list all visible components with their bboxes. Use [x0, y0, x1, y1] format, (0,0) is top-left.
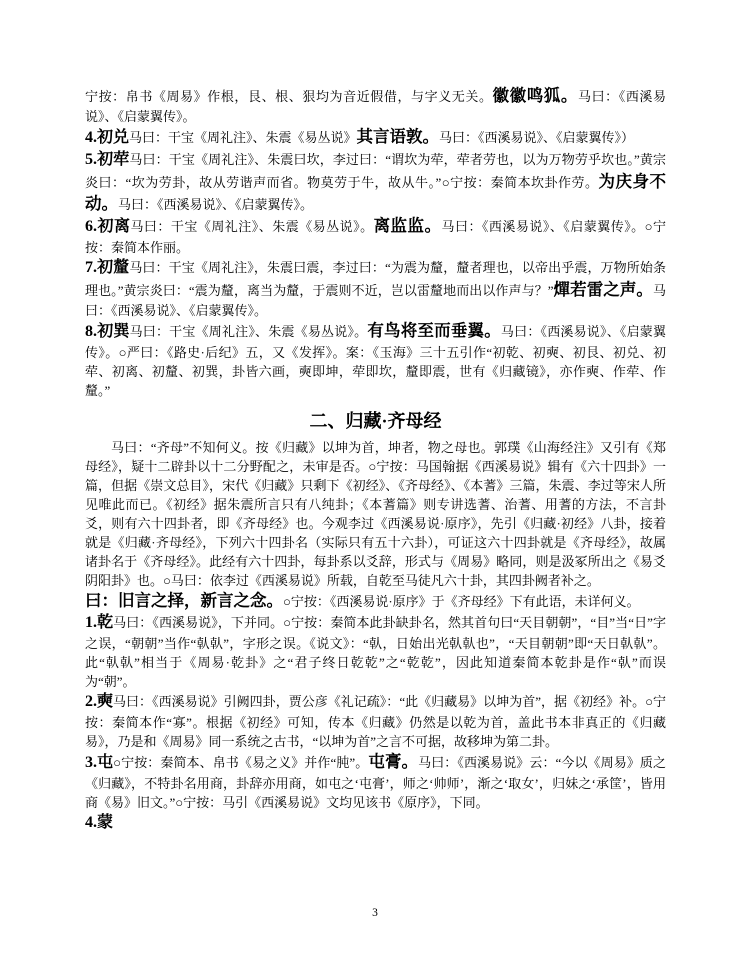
paragraph: 8.初巽马曰：干宝《周礼注》、朱震《易丛说》。有鸟将至而垂翼。马曰：《西溪易说》…: [85, 320, 666, 400]
paragraph: 曰：旧言之择，新言之念。○宁按：《西溪易说·原序》于《齐母经》下有此语，未详何义…: [85, 590, 666, 612]
paragraph: 4.初兑马曰：干宝《周礼注》、朱震《易丛说》其言语敦。马曰：《西溪易说》、《启蒙…: [85, 126, 666, 149]
paragraph: 宁按：帛书《周易》作根，艮、根、狠均为音近假借，与字义无关。徽徽鸣狐。马曰：《西…: [85, 85, 666, 126]
quoted-phrase-bold: 燀若雷之声。: [553, 280, 653, 299]
text-run: 马曰：“齐母”不知何义。按《归藏》以坤为首，坤者，物之母也。郭璞《山海经注》又引…: [85, 440, 666, 588]
paragraph: 3.屯○宁按：秦简本、帛书《易之义》并作“肫”。屯膏。马曰：《西溪易说》云：“今…: [85, 751, 666, 812]
quoted-phrase-bold: 徽徽鸣狐。: [493, 86, 578, 105]
paragraph: 1.乾马曰：《西溪易说》，下并同。○宁按：秦简本此卦缺卦名，然其首句曰“天目朝朝…: [85, 612, 666, 691]
document-page: 宁按：帛书《周易》作根，艮、根、狠均为音近假借，与字义无关。徽徽鸣狐。马曰：《西…: [0, 0, 750, 971]
text-run: 宁按：帛书《周易》作根，艮、根、狠均为音近假借，与字义无关。: [85, 89, 493, 104]
paragraph: 5.初荦马曰：干宝《周礼注》、朱震曰坎，李过曰：“谓坎为荦，荦者劳也，以为万物劳…: [85, 149, 666, 215]
entry-marker: 4.蒙: [85, 814, 113, 831]
entry-marker: 8.初巽: [85, 323, 130, 340]
text-run: ○宁按：秦简本、帛书《易之义》并作“肫”。: [113, 755, 368, 770]
paragraph: 4.蒙: [85, 812, 666, 834]
text-run: 马曰：《西溪易说》引阙四卦，贾公彦《礼记疏》：“此《归藏易》以坤为首”，据《初经…: [85, 694, 666, 749]
entry-marker: 5.初荦: [85, 151, 129, 168]
section-heading-text: 二、归藏·齐母经: [309, 411, 441, 431]
entry-marker: 3.屯: [85, 754, 113, 771]
text-run: 马曰：干宝《周礼注》、朱震《易丛说》。: [130, 219, 373, 234]
paragraph: 7.初釐马曰：干宝《周礼注》，朱震曰震，李过曰：“为震为釐，釐者理也，以帝出乎震…: [85, 257, 666, 320]
text-run: 马曰：干宝《周礼注》、朱震《易丛说》: [129, 130, 357, 145]
quoted-phrase-bold: 有鸟将至而垂翼。: [367, 321, 501, 340]
text-run: 马曰：干宝《周礼注》、朱震《易丛说》。: [130, 324, 368, 339]
entry-marker: 7.初釐: [85, 259, 129, 276]
quoted-phrase-bold: 曰：旧言之择，新言之念。: [85, 591, 283, 610]
paragraph: 马曰：“齐母”不知何义。按《归藏》以坤为首，坤者，物之母也。郭璞《山海经注》又引…: [85, 438, 666, 590]
paragraph: 6.初离马曰：干宝《周礼注》、朱震《易丛说》。离监监。马曰：《西溪易说》、《启蒙…: [85, 215, 666, 257]
text-run: 马曰：《西溪易说》，下并同。○宁按：秦简本此卦缺卦名，然其首句曰“天目朝朝”，“…: [85, 615, 666, 689]
page-number: 3: [0, 906, 750, 920]
document-body: 宁按：帛书《周易》作根，艮、根、狠均为音近假借，与字义无关。徽徽鸣狐。马曰：《西…: [85, 85, 666, 834]
entry-marker: 1.乾: [85, 614, 113, 631]
text-run: 马曰：《西溪易说》、《启蒙翼传》。: [118, 197, 313, 212]
text-run: ○宁按：《西溪易说·原序》于《齐母经》下有此语，未详何义。: [283, 594, 640, 609]
quoted-phrase-bold: 屯膏。: [368, 752, 418, 771]
paragraph: 2.奭马曰：《西溪易说》引阙四卦，贾公彦《礼记疏》：“此《归藏易》以坤为首”，据…: [85, 691, 666, 751]
entry-marker: 6.初离: [85, 218, 130, 235]
quoted-phrase-bold: 离监监。: [374, 216, 442, 235]
entry-marker: 4.初兑: [85, 129, 129, 146]
text-run: 马曰：《西溪易说》、《启蒙翼传》）: [439, 130, 634, 145]
entry-marker: 2.奭: [85, 693, 113, 710]
text-run: 马曰：干宝《周礼注》、朱震曰坎，李过曰：“谓坎为荦，荦者劳也，以为万物劳乎坎也。…: [85, 152, 666, 190]
quoted-phrase-bold: 其言语敦。: [357, 127, 440, 146]
section-heading: 二、归藏·齐母经: [85, 408, 666, 434]
